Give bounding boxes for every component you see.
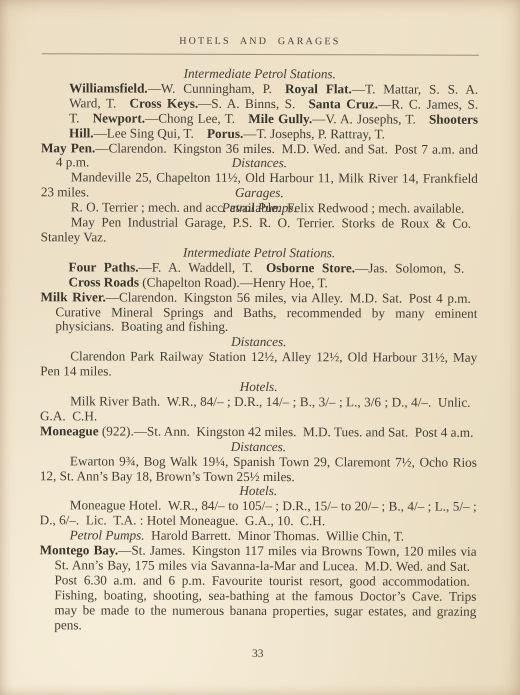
text-run: —V. A. Josephs, T. <box>312 111 429 126</box>
para-distances-moneague: Ewarton 9¾, Bog Walk 19¼, Spanish Town 2… <box>40 454 477 485</box>
text-run: Clarendon Park Railway Station 12½, Alle… <box>40 349 477 379</box>
text-run: —St. James. Kingston 117 miles via Brown… <box>54 543 476 632</box>
para-distances-milk-river: Clarendon Park Railway Station 12½, Alle… <box>40 350 477 381</box>
header-rule <box>41 53 478 56</box>
text-run: Distances. <box>231 334 286 349</box>
para-hotels-milk-river: Milk River Bath. W.R., 84/– ; D.R., 14/–… <box>40 394 477 425</box>
text-run: —Lee Sing Qui, T. <box>94 125 207 140</box>
place-name-bold: Four Paths. <box>69 259 139 274</box>
para-petrol-pumps-may-pen: May Pen Industrial Garage, P.S. R. O. Te… <box>41 215 478 246</box>
entry-group-williamsfield: Williamsfield.—W. Cunningham, P. Royal F… <box>69 81 478 142</box>
place-name-bold: Williamsfield. <box>69 80 148 95</box>
entry-group-four-paths: Four Paths.—F. A. Waddell, T. Osborne St… <box>68 260 477 291</box>
italic-lead: Petrol Pumps. <box>70 527 145 542</box>
place-name-bold: Newport. <box>93 110 145 125</box>
text-run: May Pen Industrial Garage, P.S. R. O. Te… <box>41 214 478 244</box>
text-run: Hotels. <box>239 483 277 498</box>
entry-milk-river: Milk River.—Clarendon. Kingston 56 miles… <box>40 290 477 336</box>
text-run: —Chong Lee, T. <box>145 110 248 125</box>
place-name-bold: Osborne Store. <box>266 260 355 275</box>
place-name-bold: May Pen. <box>41 140 95 155</box>
text-run: —S. A. Binns, S. <box>198 96 308 111</box>
text-run: Milk River Bath. W.R., 84/– ; D.R., 14/–… <box>40 393 477 423</box>
text-run: Moneague Hotel. W.R., 84/– to 105/– ; D.… <box>40 498 477 529</box>
text-run: —W. Cunningham, P. <box>148 81 285 96</box>
text-run: Petrol Pumps. <box>222 200 297 215</box>
place-name-bold: Mile Gully. <box>248 111 312 126</box>
text-run: —F. A. Waddell, T. <box>139 259 267 274</box>
place-name-bold: Montego Bay. <box>40 542 119 557</box>
text-run: Distances. <box>231 439 286 454</box>
text-run: —Jas. Solomon, S. <box>355 260 478 275</box>
place-name-bold: Santa Cruz. <box>308 96 378 111</box>
place-name-bold: Royal Flat. <box>285 81 352 96</box>
text-run: Intermediate Petrol Stations. <box>184 66 336 82</box>
place-name-bold: Cross Keys. <box>129 95 198 110</box>
text-run: Intermediate Petrol Stations. <box>183 245 335 261</box>
place-name-bold: Milk River. <box>40 289 105 304</box>
text-run: Garages. <box>235 185 284 200</box>
text-run: Harold Barrett. Minor Thomas. Willie Chi… <box>145 528 405 544</box>
running-head: HOTELS AND GARAGES <box>0 35 520 48</box>
text-run: —Clarendon. Kingston 56 miles, via Alley… <box>55 289 477 334</box>
page-number: 33 <box>0 648 518 662</box>
text-run: Ewarton 9¾, Bog Walk 19¼, Spanish Town 2… <box>40 453 477 484</box>
text-run: (Chapelton Road).—Henry Hoe, T. <box>139 274 328 290</box>
place-name-bold: Cross Roads <box>68 274 139 289</box>
para-hotels-moneague: Moneague Hotel. W.R., 84/– to 105/– ; D.… <box>40 499 477 530</box>
page-content: HOTELS AND GARAGES Intermediate Petrol S… <box>0 0 520 661</box>
text-run: Hotels. <box>240 379 278 394</box>
text-run: Distances. <box>232 155 287 170</box>
text-run: (922).—St. Ann. Kingston 42 miles. M.D. … <box>99 423 474 439</box>
text-run: —T. Josephs, P. Rattray, T. <box>243 126 385 141</box>
place-name-bold: Moneague <box>40 423 99 438</box>
entry-montego-bay: Montego Bay.—St. James. Kingston 117 mil… <box>39 543 476 634</box>
page-body: Intermediate Petrol Stations.Williamsfie… <box>39 66 478 634</box>
place-name-bold: Porus. <box>207 125 243 140</box>
scanned-book-page: HOTELS AND GARAGES Intermediate Petrol S… <box>0 0 520 695</box>
